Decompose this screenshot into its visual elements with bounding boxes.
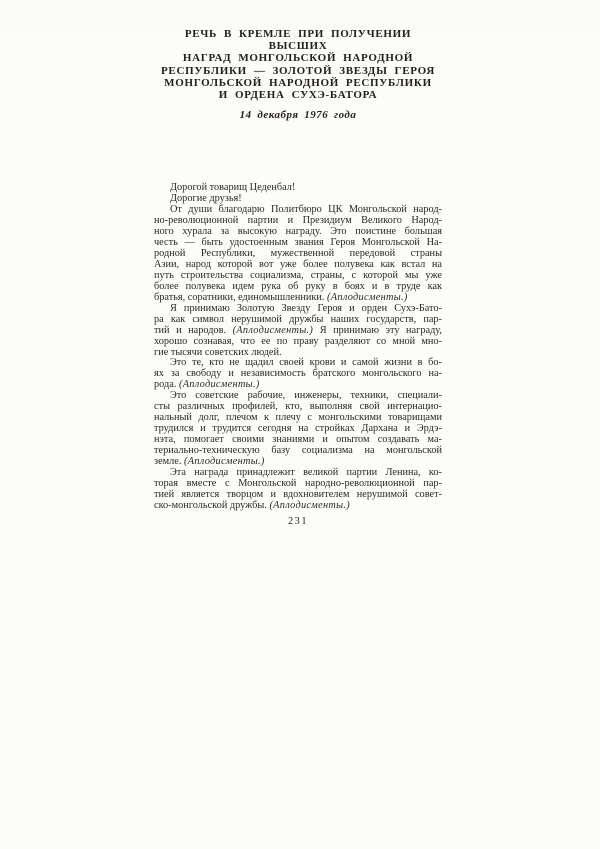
title-line: РЕЧЬ В КРЕМЛЕ ПРИ ПОЛУЧЕНИИ ВЫСШИХ [154, 28, 442, 52]
book-page: РЕЧЬ В КРЕМЛЕ ПРИ ПОЛУЧЕНИИ ВЫСШИХНАГРАД… [0, 0, 600, 849]
title-line: НАГРАД МОНГОЛЬСКОЙ НАРОДНОЙ [154, 52, 442, 64]
text-segment: тий и народов. [154, 325, 233, 336]
text-segment: Это советские рабочие, инженеры, техники… [170, 390, 442, 401]
title-line: И ОРДЕНА СУХЭ-БАТОРА [154, 89, 442, 101]
text-segment: ра как символ нерушимой дружбы наших гос… [154, 314, 442, 325]
text-segment: Дорогие друзья! [170, 193, 242, 204]
paragraph: Я принимаю Золотую Звезду Героя и орден … [154, 304, 442, 359]
text-segment: ско-монгольской дружбы. [154, 500, 269, 511]
applause-note: (Аплодисменты.) [233, 325, 314, 336]
text-segment: нэта, помогает своими знаниями и опытом … [154, 434, 442, 445]
text-segment: братья, соратники, единомышленники. [154, 292, 327, 303]
text-segment: родной Республики, мужественной передово… [154, 248, 442, 259]
paragraph: Эта награда принадлежит великой партии Л… [154, 468, 442, 512]
text-segment: более полувека идем рука об руку в боях … [154, 281, 442, 292]
page-number: 231 [154, 516, 442, 527]
text-segment: Азии, народ которой вот уже более полуве… [154, 259, 442, 270]
document-date: 14 декабря 1976 года [154, 109, 442, 121]
text-segment: Это те, кто не щадил своей крови и самой… [170, 357, 442, 368]
text-segment: трудился и трудится сегодня на стройках … [154, 423, 442, 434]
text-segment: торая вместе с Монгольской народно-револ… [154, 478, 442, 489]
applause-note: (Аплодисменты.) [179, 379, 260, 390]
text-segment: ях за свободу и независимость братского … [154, 368, 442, 379]
applause-note: (Аплодисменты.) [269, 500, 350, 511]
text-segment: Я принимаю эту награду, [313, 325, 442, 336]
text-segment: ного хурала за высокую награду. Это поис… [154, 226, 442, 237]
text-segment: но-революционной партии и Президиум Вели… [154, 215, 442, 226]
text-segment: рода. [154, 379, 179, 390]
paragraph: Это те, кто не щадил своей крови и самой… [154, 358, 442, 391]
title-line: РЕСПУБЛИКИ — ЗОЛОТОЙ ЗВЕЗДЫ ГЕРОЯ [154, 65, 442, 77]
print-area: РЕЧЬ В КРЕМЛЕ ПРИ ПОЛУЧЕНИИ ВЫСШИХНАГРАД… [154, 28, 442, 527]
text-segment: Я принимаю Золотую Звезду Героя и орден … [170, 303, 442, 314]
text-line: ско-монгольской дружбы. (Аплодисменты.) [154, 501, 442, 512]
document-body: Дорогой товарищ Цеденбал!Дорогие друзья!… [154, 183, 442, 512]
text-segment: От души благодарю Политбюро ЦК Монгольск… [170, 204, 442, 215]
applause-note: (Аплодисменты.) [184, 456, 265, 467]
text-segment: хорошо сознавая, что ее по праву разделя… [154, 336, 442, 347]
applause-note: (Аплодисменты.) [327, 292, 408, 303]
text-segment: гие тысячи советских людей. [154, 347, 282, 358]
text-segment: нальный долг, плечом к плечу с монгольск… [154, 412, 442, 423]
text-segment: тией является творцом и вдохновителем не… [154, 489, 442, 500]
paragraph: От души благодарю Политбюро ЦК Монгольск… [154, 205, 442, 304]
text-segment: путь строительства социализма, страны, с… [154, 270, 442, 281]
text-segment: териально-техническую базу социализма на… [154, 445, 442, 456]
document-title: РЕЧЬ В КРЕМЛЕ ПРИ ПОЛУЧЕНИИ ВЫСШИХНАГРАД… [154, 28, 442, 101]
text-segment: земле. [154, 456, 184, 467]
text-segment: Дорогой товарищ Цеденбал! [170, 182, 295, 193]
paragraph: Это советские рабочие, инженеры, техники… [154, 391, 442, 468]
text-segment: Эта награда принадлежит великой партии Л… [170, 467, 442, 478]
title-line: МОНГОЛЬСКОЙ НАРОДНОЙ РЕСПУБЛИКИ [154, 77, 442, 89]
text-segment: честь — быть удостоенным звания Героя Мо… [154, 237, 442, 248]
text-segment: сты различных профилей, кто, выполняя св… [154, 401, 442, 412]
